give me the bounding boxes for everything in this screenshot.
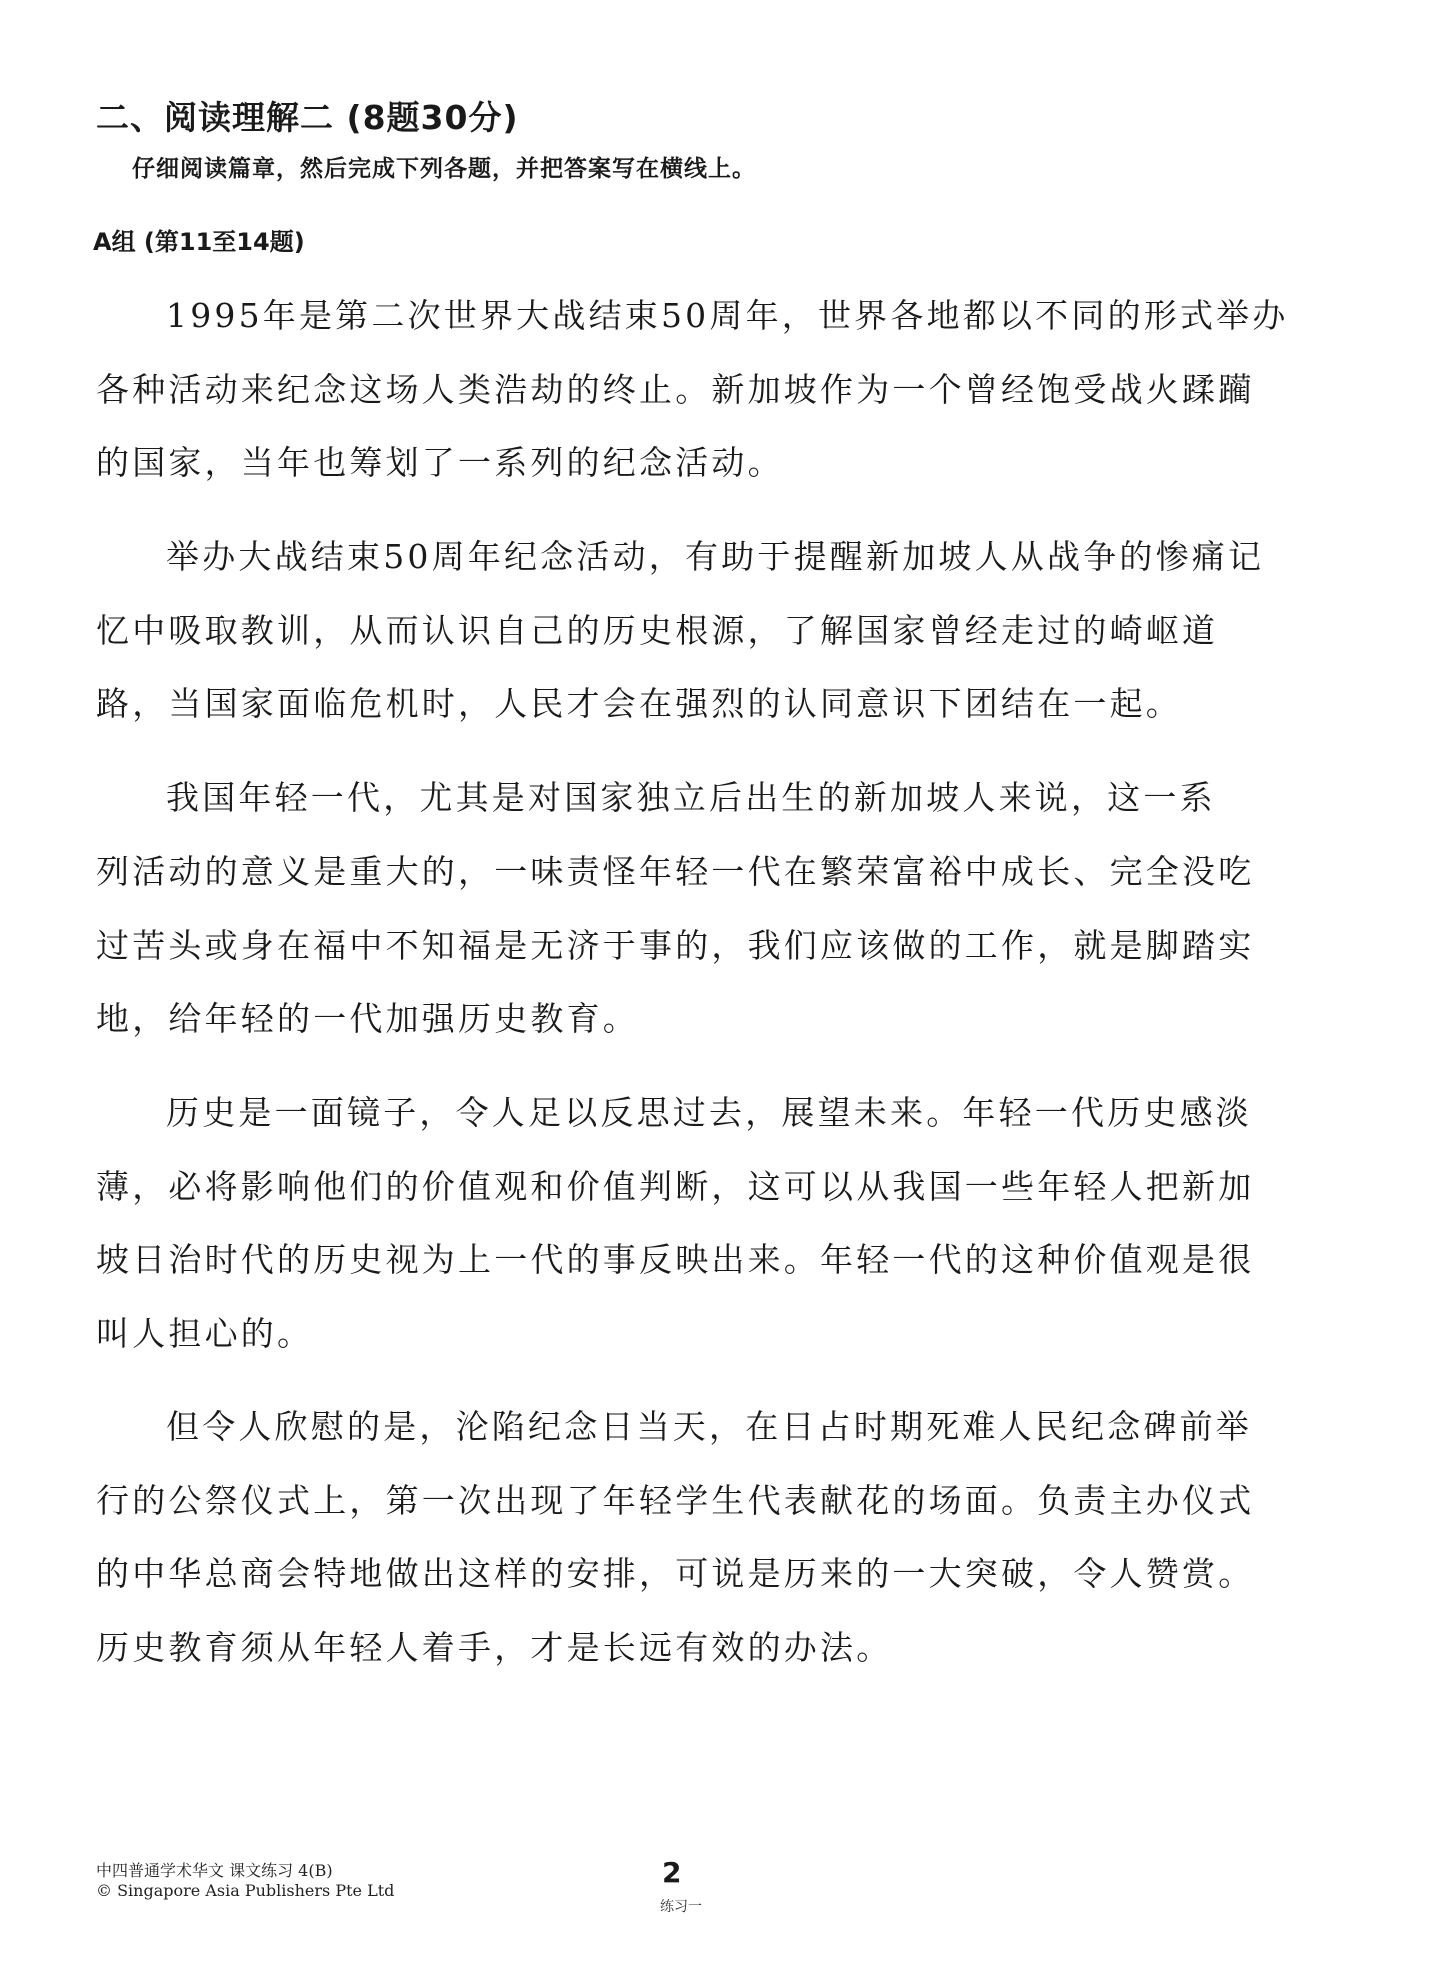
passage-line: 历史教育须从年轻人着手，才是长远有效的办法。 bbox=[96, 1628, 892, 1668]
passage-line: 叫人担心的。 bbox=[96, 1314, 313, 1354]
passage-line: 1995年是第二次世界大战结束50周年，世界各地都以不同的形式举办 bbox=[166, 296, 1289, 336]
passage-line: 忆中吸取教训，从而认识自己的历史根源，了解国家曾经走过的崎岖道 bbox=[96, 611, 1218, 651]
passage-line: 历史是一面镜子，令人足以反思过去，展望未来。年轻一代历史感淡 bbox=[166, 1093, 1252, 1133]
section-heading: 二、阅读理解二 (8题30分) bbox=[96, 92, 519, 139]
passage-line: 各种活动来纪念这场人类浩劫的终止。新加坡作为一个曾经饱受战火蹂躏 bbox=[96, 370, 1254, 410]
copyright-notice: © Singapore Asia Publishers Pte Ltd bbox=[96, 1881, 394, 1900]
instruction-text: 仔细阅读篇章，然后完成下列各题，并把答案写在横线上。 bbox=[132, 150, 756, 183]
passage-line: 但令人欣慰的是，沦陷纪念日当天，在日占时期死难人民纪念碑前举 bbox=[166, 1407, 1252, 1447]
page-number: 2 bbox=[662, 1856, 681, 1889]
book-title: 中四普通学术华文 课文练习 4(B) bbox=[96, 1858, 333, 1881]
passage-line: 路，当国家面临危机时，人民才会在强烈的认同意识下团结在一起。 bbox=[96, 684, 1182, 724]
passage-line: 列活动的意义是重大的，一味责怪年轻一代在繁荣富裕中成长、完全没吃 bbox=[96, 852, 1254, 892]
passage-line: 坡日治时代的历史视为上一代的事反映出来。年轻一代的这种价值观是很 bbox=[96, 1240, 1254, 1280]
passage-line: 我国年轻一代，尤其是对国家独立后出生的新加坡人来说，这一系 bbox=[166, 778, 1216, 818]
group-label: A组 (第11至14题) bbox=[93, 222, 305, 257]
exercise-label: 练习一 bbox=[660, 1896, 702, 1916]
passage-line: 过苦头或身在福中不知福是无济于事的，我们应该做的工作，就是脚踏实 bbox=[96, 926, 1254, 966]
passage-line: 薄，必将影响他们的价值观和价值判断，这可以从我国一些年轻人把新加 bbox=[96, 1167, 1254, 1207]
passage-line: 的国家，当年也筹划了一系列的纪念活动。 bbox=[96, 443, 784, 483]
passage-line: 行的公祭仪式上，第一次出现了年轻学生代表献花的场面。负责主办仪式 bbox=[96, 1481, 1254, 1521]
passage-line: 的中华总商会特地做出这样的安排，可说是历来的一大突破，令人赞赏。 bbox=[96, 1554, 1254, 1594]
passage-line: 举办大战结束50周年纪念活动，有助于提醒新加坡人从战争的惨痛记 bbox=[166, 537, 1264, 577]
passage-line: 地，给年轻的一代加强历史教育。 bbox=[96, 999, 639, 1039]
